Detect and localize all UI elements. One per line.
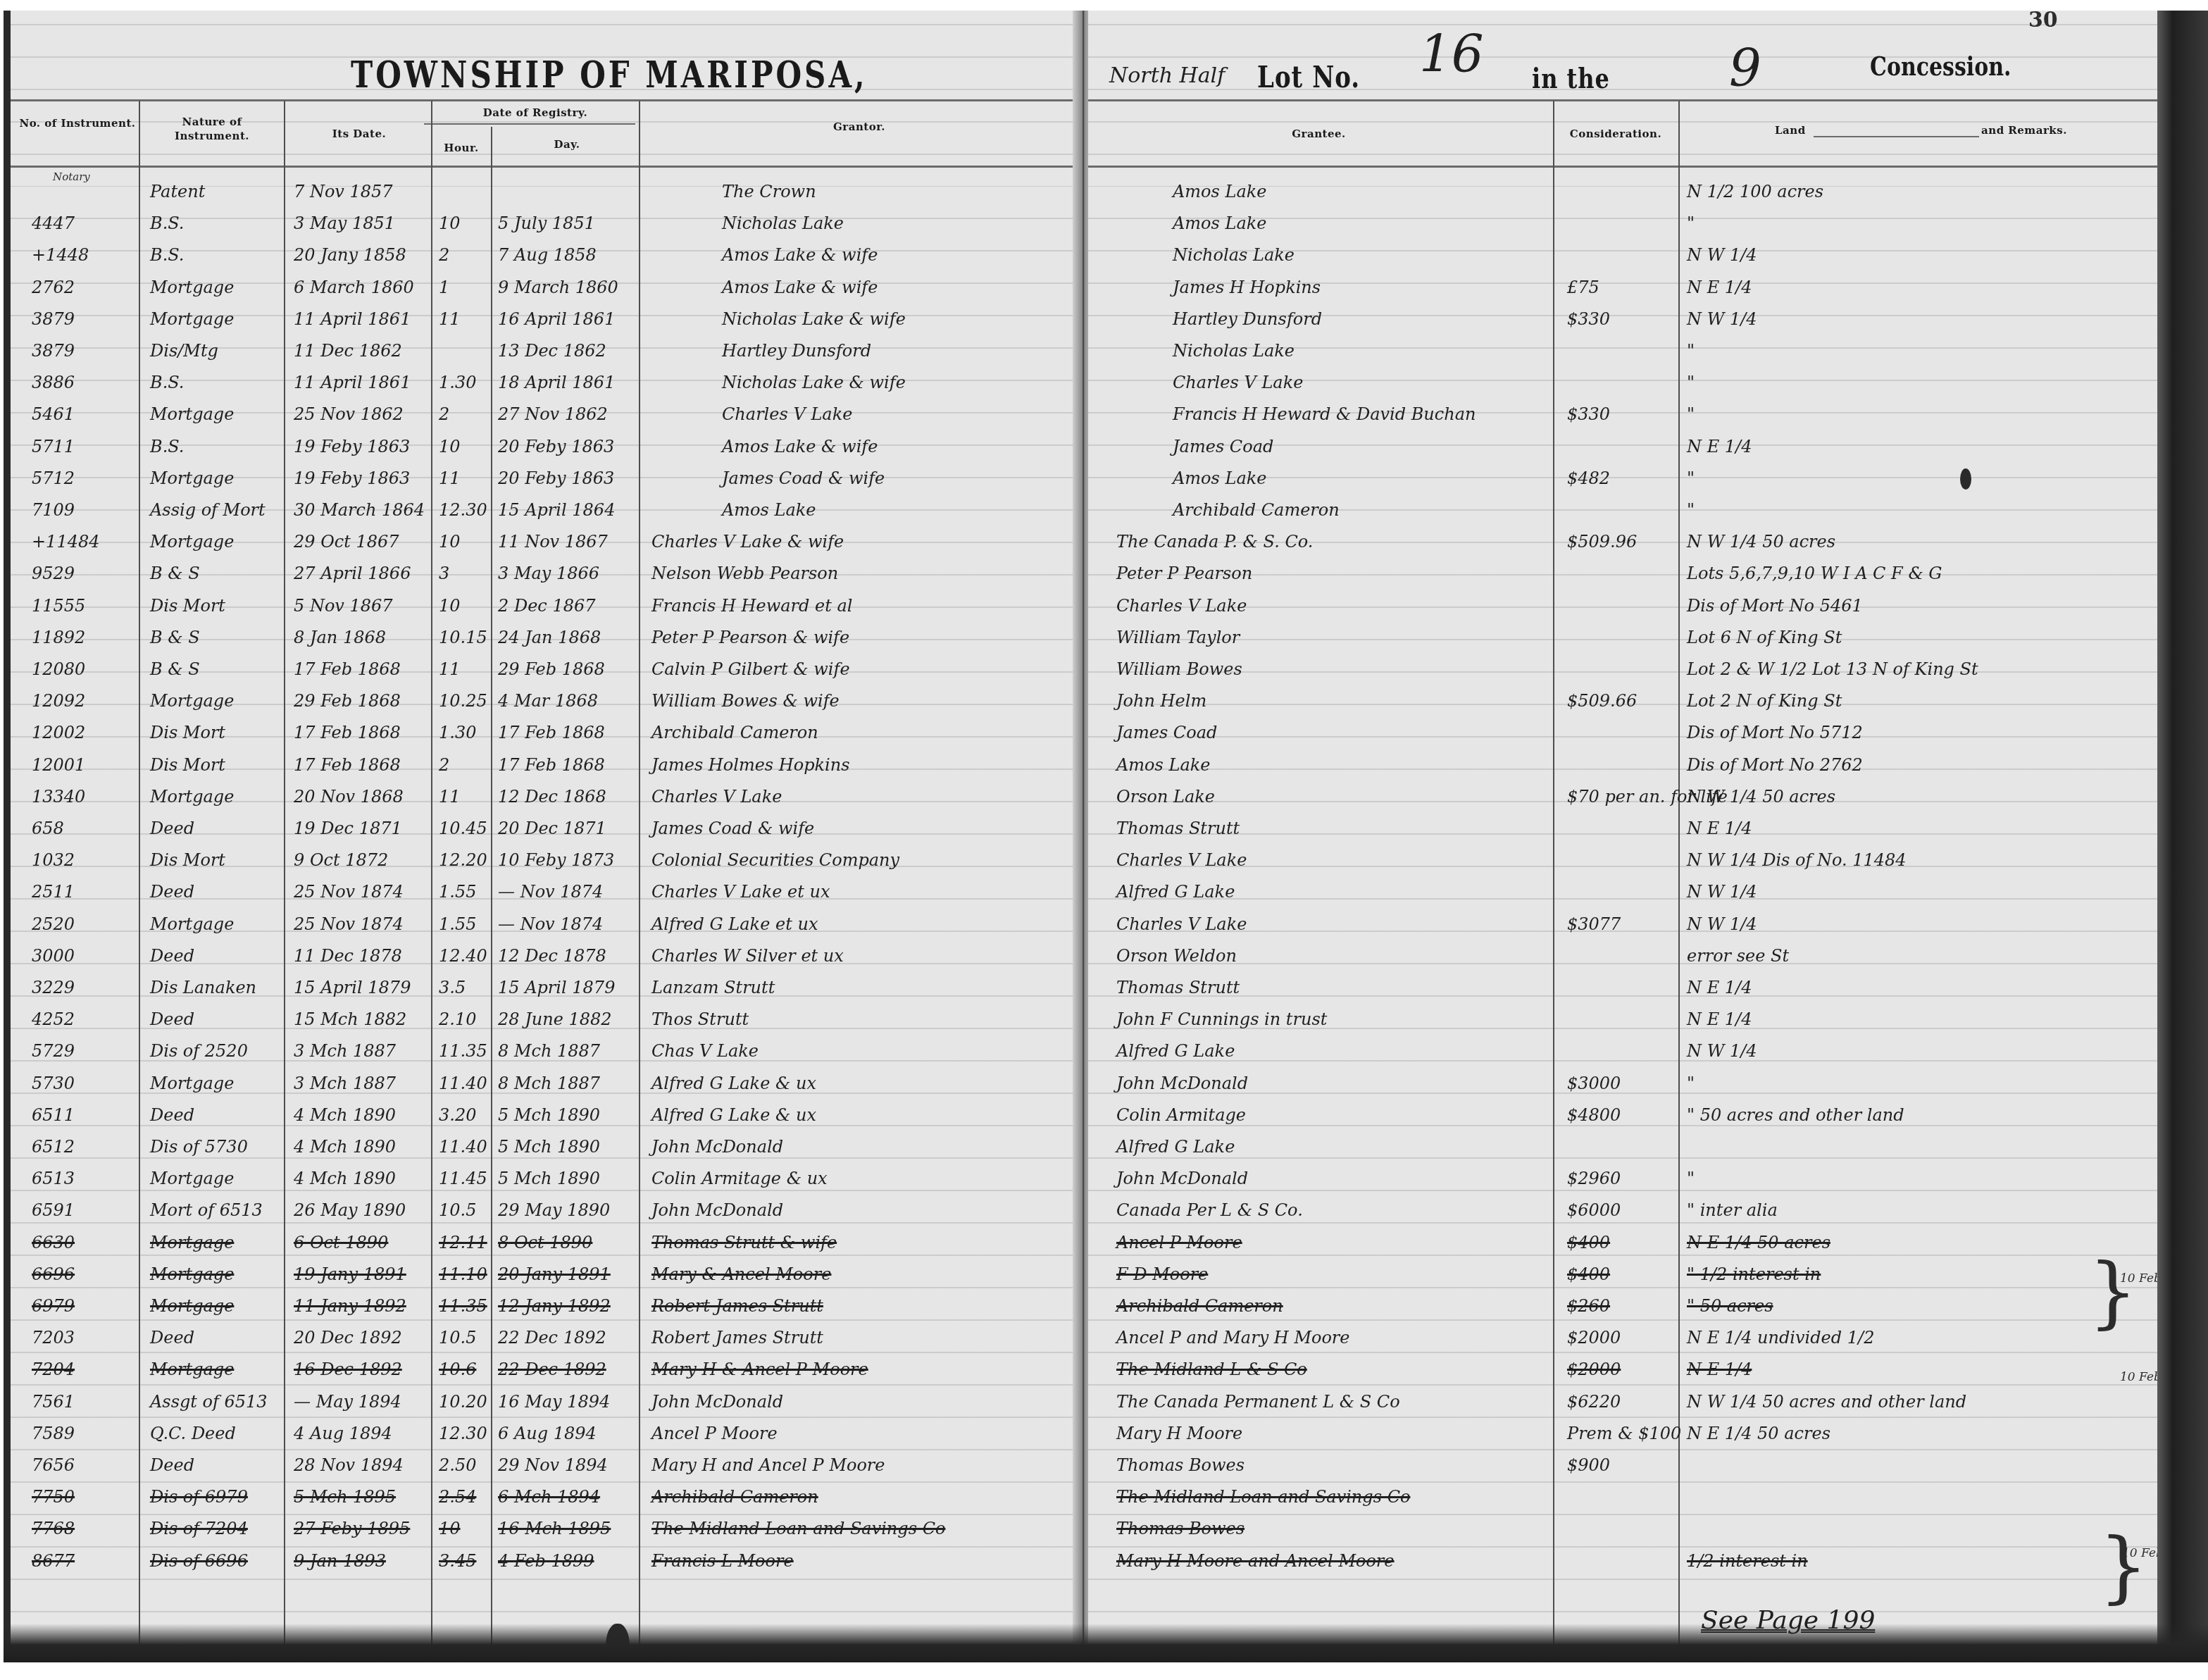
ledger-row-right: John McDonald$3000": [1088, 1068, 2159, 1099]
land-remarks: N E 1/4 50 acres: [1687, 1227, 1830, 1258]
grantee-name: John F Cunnings in trust: [1116, 1004, 1327, 1035]
grantee-name: William Taylor: [1116, 622, 1240, 653]
registry-day: 17 Feb 1868: [498, 717, 605, 748]
instrument-number: 6512: [32, 1131, 75, 1162]
nature-of-instrument: Dis of 5730: [150, 1131, 248, 1162]
instrument-date: 28 Nov 1894: [294, 1450, 404, 1481]
land-remarks: Dis of Mort No 5712: [1687, 717, 1863, 748]
ledger-row-left: +11484Mortgage29 Oct 18671011 Nov 1867Ch…: [11, 526, 1078, 557]
margin-brace: }: [2088, 1247, 2138, 1337]
nature-of-instrument: B.S.: [150, 208, 184, 239]
instrument-number: +1448: [32, 239, 89, 270]
grantor-name: Alfred G Lake & ux: [651, 1100, 816, 1131]
header-nature: Nature of Instrument.: [149, 115, 275, 144]
registry-hour: 11.40: [439, 1068, 487, 1099]
ledger-row-right: James CoadN E 1/4: [1088, 431, 2159, 462]
land-remarks: N E 1/4: [1687, 431, 1752, 462]
nature-of-instrument: Dis of 2520: [150, 1035, 248, 1066]
instrument-number: 12080: [32, 654, 85, 685]
ledger-row-right: Nicholas LakeN W 1/4: [1088, 239, 2159, 270]
instrument-number: 9529: [32, 558, 75, 589]
registry-hour: 10: [439, 526, 461, 557]
ledger-row-right: Nicholas Lake": [1088, 335, 2159, 366]
right-page: North Half Lot No. 16 in the 9 Concessio…: [1088, 11, 2159, 1662]
ledger-row-right: Amos Lake": [1088, 208, 2159, 239]
grantor-name: Charles V Lake: [722, 399, 852, 430]
land-remarks: " 50 acres: [1687, 1290, 1773, 1321]
nature-of-instrument: B.S.: [150, 239, 184, 270]
registry-day: 2 Dec 1867: [498, 590, 596, 621]
registry-day: 29 Feb 1868: [498, 654, 605, 685]
registry-hour: 1.55: [439, 876, 476, 907]
in-the-label: in the: [1532, 61, 1610, 95]
nature-of-instrument: Mortgage: [150, 1163, 234, 1194]
registry-day: 8 Mch 1887: [498, 1035, 600, 1066]
land-remarks: N W 1/4: [1687, 1035, 1757, 1066]
ledger-row-right: F D Moore$400" 1/2 interest in: [1088, 1259, 2159, 1290]
grantee-name: Mary H Moore: [1116, 1418, 1242, 1449]
half-label: North Half: [1109, 63, 1225, 88]
registry-day: 15 April 1864: [498, 494, 615, 525]
registry-day: 4 Feb 1899: [498, 1545, 594, 1576]
land-remarks: error see St: [1687, 940, 1789, 971]
instrument-number: 12092: [32, 685, 85, 716]
instrument-date: 3 Mch 1887: [294, 1035, 396, 1066]
consideration-amount: $330: [1567, 399, 1610, 430]
instrument-date: 3 May 1851: [294, 208, 395, 239]
registry-day: 5 Mch 1890: [498, 1131, 600, 1162]
grantee-name: Nicholas Lake: [1173, 239, 1295, 270]
grantee-name: Peter P Pearson: [1116, 558, 1252, 589]
concession-number: 9: [1729, 39, 1761, 98]
land-remarks-rule: [1814, 136, 1979, 137]
grantee-name: Amos Lake: [1116, 749, 1210, 780]
grantee-name: Alfred G Lake: [1116, 876, 1235, 907]
instrument-number: 11555: [32, 590, 85, 621]
registry-hour: 10: [439, 431, 461, 462]
instrument-date: 29 Feb 1868: [294, 685, 401, 716]
registry-day: 12 Dec 1878: [498, 940, 606, 971]
grantor-name: Alfred G Lake et ux: [651, 909, 818, 940]
instrument-number: 6513: [32, 1163, 75, 1194]
instrument-number: 3000: [32, 940, 75, 971]
registry-divider-rule: [424, 123, 635, 125]
grantor-name: James Coad & wife: [722, 463, 885, 494]
nature-of-instrument: Mortgage: [150, 1227, 234, 1258]
ledger-row-left: 3886B.S.11 April 18611.3018 April 1861Ni…: [11, 367, 1078, 398]
right-book-edge: [2157, 11, 2208, 1662]
consideration-amount: $4800: [1567, 1100, 1621, 1131]
instrument-date: 20 Jany 1858: [294, 239, 406, 270]
instrument-number: 11892: [32, 622, 85, 653]
registry-day: 22 Dec 1892: [498, 1354, 606, 1385]
registry-hour: 12.40: [439, 940, 487, 971]
ledger-row-left: 7109Assig of Mort30 March 186412.3015 Ap…: [11, 494, 1078, 525]
grantee-name: Colin Armitage: [1116, 1100, 1246, 1131]
instrument-number: 5712: [32, 463, 75, 494]
ledger-row-left: Patent7 Nov 1857The Crown: [11, 176, 1078, 207]
instrument-number: +11484: [32, 526, 99, 557]
land-remarks: Lot 2 N of King St: [1687, 685, 1842, 716]
ledger-row-left: 3879Dis/Mtg11 Dec 186213 Dec 1862Hartley…: [11, 335, 1078, 366]
header-grantor: Grantor.: [644, 120, 1074, 134]
page-number: 30: [2028, 11, 2058, 33]
grantor-name: Calvin P Gilbert & wife: [651, 654, 850, 685]
ledger-row-left: 5461Mortgage25 Nov 1862227 Nov 1862Charl…: [11, 399, 1078, 430]
registry-hour: 11.10: [439, 1259, 487, 1290]
land-remarks: ": [1687, 1068, 1695, 1099]
registry-day: 20 Feby 1863: [498, 463, 614, 494]
grantor-name: Amos Lake & wife: [722, 431, 878, 462]
nature-of-instrument: Dis Lanaken: [150, 972, 256, 1003]
registry-day: 5 Mch 1890: [498, 1163, 600, 1194]
nature-of-instrument: B & S: [150, 558, 200, 589]
registry-hour: 11.45: [439, 1163, 487, 1194]
consideration-amount: £75: [1567, 272, 1599, 303]
ledger-row-right: Thomas Bowes: [1088, 1513, 2159, 1544]
grantor-name: Thomas Strutt & wife: [651, 1227, 837, 1258]
land-remarks: N E 1/4: [1687, 813, 1752, 844]
ledger-row-left: 1032Dis Mort9 Oct 187212.2010 Feby 1873C…: [11, 845, 1078, 876]
nature-of-instrument: Mortgage: [150, 463, 234, 494]
grantor-name: Ancel P Moore: [651, 1418, 778, 1449]
land-remarks: ": [1687, 399, 1695, 430]
nature-of-instrument: Dis Mort: [150, 845, 225, 876]
ledger-row-right: James H Hopkins£75N E 1/4: [1088, 272, 2159, 303]
header-land: Land: [1775, 123, 1806, 137]
instrument-date: 6 March 1860: [294, 272, 414, 303]
instrument-date: 5 Nov 1867: [294, 590, 393, 621]
ledger-row-left: 5711B.S.19 Feby 18631020 Feby 1863Amos L…: [11, 431, 1078, 462]
ledger-row-right: Thomas StruttN E 1/4: [1088, 813, 2159, 844]
ledger-row-left: 11555Dis Mort5 Nov 1867102 Dec 1867Franc…: [11, 590, 1078, 621]
ledger-row-left: 5729Dis of 25203 Mch 188711.358 Mch 1887…: [11, 1035, 1078, 1066]
ink-blot: [1960, 468, 1971, 490]
ledger-row-left: 658Deed19 Dec 187110.4520 Dec 1871James …: [11, 813, 1078, 844]
instrument-number: 3879: [32, 335, 75, 366]
registry-hour: 12.11: [439, 1227, 487, 1258]
land-remarks: " inter alia: [1687, 1195, 1778, 1226]
land-remarks: ": [1687, 494, 1695, 525]
header-grantee: Grantee.: [1088, 127, 1549, 141]
grantee-name: Ancel P Moore: [1116, 1227, 1242, 1258]
grantee-name: Alfred G Lake: [1116, 1131, 1235, 1162]
grantor-name: William Bowes & wife: [651, 685, 840, 716]
ledger-row-right: Charles V LakeDis of Mort No 5461: [1088, 590, 2159, 621]
grantor-name: The Crown: [722, 176, 816, 207]
ledger-row-left: 2762Mortgage6 March 186019 March 1860Amo…: [11, 272, 1078, 303]
nature-of-instrument: Mort of 6513: [150, 1195, 263, 1226]
ledger-row-right: Alfred G LakeN W 1/4: [1088, 1035, 2159, 1066]
instrument-date: 11 Dec 1862: [294, 335, 402, 366]
registry-hour: 11: [439, 781, 461, 812]
nature-of-instrument: Mortgage: [150, 685, 234, 716]
registry-hour: 3: [439, 558, 449, 589]
ledger-row-left: 7750Dis of 69795 Mch 18952.546 Mch 1894A…: [11, 1481, 1078, 1512]
instrument-number: 5461: [32, 399, 75, 430]
ledger-row-left: 7589Q.C. Deed4 Aug 189412.306 Aug 1894An…: [11, 1418, 1078, 1449]
ledger-row-left: 5730Mortgage3 Mch 188711.408 Mch 1887Alf…: [11, 1068, 1078, 1099]
registry-day: 17 Feb 1868: [498, 749, 605, 780]
instrument-date: 9 Oct 1872: [294, 845, 388, 876]
page-bottom-shadow: [4, 1624, 2208, 1662]
nature-of-instrument: Deed: [150, 940, 194, 971]
ledger-row-left: 2520Mortgage25 Nov 18741.55— Nov 1874Alf…: [11, 909, 1078, 940]
instrument-date: 4 Mch 1890: [294, 1131, 396, 1162]
instrument-date: 5 Mch 1895: [294, 1481, 396, 1512]
registry-day: 13 Dec 1862: [498, 335, 606, 366]
grantor-name: Amos Lake & wife: [722, 272, 878, 303]
ledger-row-left: 4447B.S.3 May 1851105 July 1851Nicholas …: [11, 208, 1078, 239]
registry-hour: 2: [439, 399, 449, 430]
ledger-row-left: 6696Mortgage19 Jany 189111.1020 Jany 189…: [11, 1259, 1078, 1290]
registry-hour: 12.30: [439, 1418, 487, 1449]
ledger-row-right: John McDonald$2960": [1088, 1163, 2159, 1194]
registry-day: 27 Nov 1862: [498, 399, 608, 430]
grantor-name: Archibald Cameron: [651, 1481, 818, 1512]
registry-day: 6 Aug 1894: [498, 1418, 597, 1449]
grantor-name: Mary & Ancel Moore: [651, 1259, 831, 1290]
registry-day: 16 Mch 1895: [498, 1513, 611, 1544]
ledger-row-left: 13340Mortgage20 Nov 18681112 Dec 1868Cha…: [11, 781, 1078, 812]
ledger-row-right: Amos Lake$482": [1088, 463, 2159, 494]
grantee-name: James Coad: [1116, 717, 1217, 748]
registry-day: 4 Mar 1868: [498, 685, 598, 716]
grantee-name: Thomas Strutt: [1116, 813, 1240, 844]
consideration-amount: $2000: [1567, 1322, 1621, 1353]
grantee-name: Charles V Lake: [1116, 590, 1247, 621]
instrument-date: 26 May 1890: [294, 1195, 406, 1226]
nature-of-instrument: Dis Mort: [150, 749, 225, 780]
instrument-date: 19 Dec 1871: [294, 813, 402, 844]
grantee-name: Amos Lake: [1173, 176, 1266, 207]
nature-of-instrument: Mortgage: [150, 304, 234, 335]
instrument-date: 15 Mch 1882: [294, 1004, 406, 1035]
registry-day: 3 May 1866: [498, 558, 599, 589]
nature-of-instrument: Mortgage: [150, 399, 234, 430]
ledger-row-left: 12092Mortgage29 Feb 186810.254 Mar 1868W…: [11, 685, 1078, 716]
ledger-row-left: 6511Deed4 Mch 18903.205 Mch 1890Alfred G…: [11, 1100, 1078, 1131]
nature-of-instrument: Dis of 7204: [150, 1513, 248, 1544]
instrument-number: 2762: [32, 272, 75, 303]
grantor-name: Colonial Securities Company: [651, 845, 899, 876]
nature-of-instrument: Mortgage: [150, 909, 234, 940]
grantor-name: Thos Strutt: [651, 1004, 749, 1035]
ledger-row-right: The Canada P. & S. Co.$509.96N W 1/4 50 …: [1088, 526, 2159, 557]
instrument-number: 7750: [32, 1481, 75, 1512]
nature-of-instrument: Mortgage: [150, 1068, 234, 1099]
ledger-row-left: 12001Dis Mort17 Feb 1868217 Feb 1868Jame…: [11, 749, 1078, 780]
instrument-number: 7589: [32, 1418, 75, 1449]
land-remarks: N E 1/4: [1687, 972, 1752, 1003]
ledger-row-left: 8677Dis of 66969 Jan 18933.454 Feb 1899F…: [11, 1545, 1078, 1576]
land-remarks: N E 1/4 50 acres: [1687, 1418, 1830, 1449]
ledger-row-left: 6513Mortgage4 Mch 189011.455 Mch 1890Col…: [11, 1163, 1078, 1194]
registry-hour: 12.30: [439, 494, 487, 525]
grantee-name: F D Moore: [1116, 1259, 1208, 1290]
registry-hour: 10.45: [439, 813, 487, 844]
land-remarks: Dis of Mort No 2762: [1687, 749, 1863, 780]
margin-brace: }: [2099, 1522, 2148, 1612]
instrument-number: 6696: [32, 1259, 75, 1290]
consideration-amount: $6220: [1567, 1386, 1621, 1417]
ledger-row-right: Charles V LakeN W 1/4 Dis of No. 11484: [1088, 845, 2159, 876]
grantee-name: Thomas Bowes: [1116, 1513, 1245, 1544]
ledger-row-right: Thomas StruttN E 1/4: [1088, 972, 2159, 1003]
grantor-name: Robert James Strutt: [651, 1322, 823, 1353]
instrument-number: 3229: [32, 972, 75, 1003]
instrument-number: 5729: [32, 1035, 75, 1066]
consideration-amount: $330: [1567, 304, 1610, 335]
ledger-row-left: +1448B.S.20 Jany 185827 Aug 1858Amos Lak…: [11, 239, 1078, 270]
registry-hour: 11.35: [439, 1290, 487, 1321]
instrument-date: 20 Dec 1892: [294, 1322, 402, 1353]
grantor-name: Robert James Strutt: [651, 1290, 823, 1321]
nature-of-instrument: Mortgage: [150, 526, 234, 557]
grantee-name: Nicholas Lake: [1173, 335, 1295, 366]
nature-of-instrument: Assig of Mort: [150, 494, 266, 525]
grantee-name: Thomas Bowes: [1116, 1450, 1245, 1481]
grantor-name: Archibald Cameron: [651, 717, 818, 748]
grantee-name: The Midland L & S Co: [1116, 1354, 1307, 1385]
land-remarks: ": [1687, 335, 1695, 366]
ledger-row-right: Charles V Lake": [1088, 367, 2159, 398]
grantee-name: Francis H Heward & David Buchan: [1173, 399, 1476, 430]
grantee-name: John Helm: [1116, 685, 1206, 716]
land-remarks: ": [1687, 208, 1695, 239]
nature-of-instrument: Mortgage: [150, 1354, 234, 1385]
grantor-name: Colin Armitage & ux: [651, 1163, 828, 1194]
instrument-number: 3886: [32, 367, 75, 398]
land-remarks: N W 1/4: [1687, 909, 1757, 940]
ledger-row-right: Charles V Lake$3077N W 1/4: [1088, 909, 2159, 940]
nature-of-instrument: B & S: [150, 622, 200, 653]
instrument-number: 5730: [32, 1068, 75, 1099]
grantee-name: The Midland Loan and Savings Co: [1116, 1481, 1410, 1512]
grantor-name: Francis H Heward et al: [651, 590, 852, 621]
ledger-row-right: Thomas Bowes$900: [1088, 1450, 2159, 1481]
nature-of-instrument: Dis/Mtg: [150, 335, 218, 366]
land-remarks: N 1/2 100 acres: [1687, 176, 1823, 207]
registry-day: 20 Feby 1863: [498, 431, 614, 462]
ledger-row-right: John Helm$509.66Lot 2 N of King St: [1088, 685, 2159, 716]
grantee-name: Amos Lake: [1173, 463, 1266, 494]
ledger-row-left: 7203Deed20 Dec 189210.522 Dec 1892Robert…: [11, 1322, 1078, 1353]
nature-of-instrument: Mortgage: [150, 781, 234, 812]
ledger-row-right: Archibald Cameron": [1088, 494, 2159, 525]
registry-hour: 2: [439, 239, 449, 270]
registry-day: 29 Nov 1894: [498, 1450, 608, 1481]
header-bottom-rule: [1088, 166, 2159, 168]
ledger-row-right: Canada Per L & S Co.$6000" inter alia: [1088, 1195, 2159, 1226]
registry-day: 20 Jany 1891: [498, 1259, 611, 1290]
instrument-number: 1032: [32, 845, 75, 876]
instrument-number: 658: [32, 813, 64, 844]
registry-day: 5 July 1851: [498, 208, 595, 239]
grantee-name: Thomas Strutt: [1116, 972, 1240, 1003]
instrument-number: 6979: [32, 1290, 75, 1321]
instrument-date: 11 Jany 1892: [294, 1290, 406, 1321]
instrument-date: 30 March 1864: [294, 494, 425, 525]
ledger-row-right: Mary H Moore and Ancel Moore1/2 interest…: [1088, 1545, 2159, 1576]
instrument-number: 7109: [32, 494, 75, 525]
instrument-date: 25 Nov 1874: [294, 909, 404, 940]
grantor-name: Amos Lake: [722, 494, 816, 525]
ledger-row-right: William BowesLot 2 & W 1/2 Lot 13 N of K…: [1088, 654, 2159, 685]
land-remarks: N W 1/4 50 acres: [1687, 781, 1835, 812]
instrument-date: 6 Oct 1890: [294, 1227, 388, 1258]
land-remarks: N E 1/4: [1687, 1004, 1752, 1035]
instrument-date: 11 Dec 1878: [294, 940, 402, 971]
grantee-name: Mary H Moore and Ancel Moore: [1116, 1545, 1395, 1576]
nature-of-instrument: Mortgage: [150, 1290, 234, 1321]
instrument-date: 4 Mch 1890: [294, 1163, 396, 1194]
grantor-name: Nicholas Lake & wife: [722, 304, 906, 335]
registry-hour: 11.40: [439, 1131, 487, 1162]
ledger-scan: TOWNSHIP OF MARIPOSA, No. of Instrument.…: [4, 11, 2208, 1662]
ledger-row-right: Amos LakeDis of Mort No 2762: [1088, 749, 2159, 780]
grantor-name: Nelson Webb Pearson: [651, 558, 838, 589]
grantor-name: Charles V Lake et ux: [651, 876, 830, 907]
consideration-amount: $900: [1567, 1450, 1610, 1481]
grantee-name: The Canada Permanent L & S Co: [1116, 1386, 1400, 1417]
grantor-name: John McDonald: [651, 1386, 783, 1417]
header-hour: Hour.: [433, 141, 489, 155]
registry-day: 16 April 1861: [498, 304, 615, 335]
instrument-number: 6630: [32, 1227, 75, 1258]
grantor-name: Nicholas Lake: [722, 208, 844, 239]
grantor-name: Lanzam Strutt: [651, 972, 775, 1003]
header-date-of-registry: Date of Registry.: [433, 106, 637, 120]
grantor-name: Charles W Silver et ux: [651, 940, 844, 971]
ledger-row-left: 5712Mortgage19 Feby 18631120 Feby 1863Ja…: [11, 463, 1078, 494]
ledger-row-right: Mary H MoorePrem & $100N E 1/4 50 acres: [1088, 1418, 2159, 1449]
registry-day: 6 Mch 1894: [498, 1481, 600, 1512]
ledger-row-left: 12080B & S17 Feb 18681129 Feb 1868Calvin…: [11, 654, 1078, 685]
registry-hour: 3.20: [439, 1100, 476, 1131]
land-remarks: N E 1/4: [1687, 1354, 1752, 1385]
registry-hour: 2.10: [439, 1004, 476, 1035]
instrument-number: 7768: [32, 1513, 75, 1544]
ledger-row-left: 2511Deed25 Nov 18741.55— Nov 1874Charles…: [11, 876, 1078, 907]
land-remarks: N W 1/4 Dis of No. 11484: [1687, 845, 1907, 876]
ledger-row-right: Orson Lake$70 per an. for lifeN W 1/4 50…: [1088, 781, 2159, 812]
land-remarks: ": [1687, 463, 1695, 494]
land-remarks: N W 1/4: [1687, 876, 1757, 907]
grantee-name: Amos Lake: [1173, 208, 1266, 239]
grantor-name: Peter P Pearson & wife: [651, 622, 849, 653]
grantor-name: Mary H & Ancel P Moore: [651, 1354, 868, 1385]
nature-of-instrument: Patent: [150, 176, 205, 207]
nature-of-instrument: Deed: [150, 1100, 194, 1131]
registry-day: 9 March 1860: [498, 272, 618, 303]
registry-hour: 10.5: [439, 1195, 476, 1226]
ledger-row-left: 7204Mortgage16 Dec 189210.622 Dec 1892Ma…: [11, 1354, 1078, 1385]
ledger-row-left: 3879Mortgage11 April 18611116 April 1861…: [11, 304, 1078, 335]
land-remarks: N E 1/4 undivided 1/2: [1687, 1322, 1874, 1353]
land-remarks: Lot 2 & W 1/2 Lot 13 N of King St: [1687, 654, 1978, 685]
ledger-row-right: Orson Weldonerror see St: [1088, 940, 2159, 971]
nature-of-instrument: Assgt of 6513: [150, 1386, 268, 1417]
grantee-name: Orson Weldon: [1116, 940, 1237, 971]
instrument-number: 2520: [32, 909, 75, 940]
ledger-row-left: 6630Mortgage6 Oct 189012.118 Oct 1890Tho…: [11, 1227, 1078, 1258]
ledger-row-right: Archibald Cameron$260" 50 acres: [1088, 1290, 2159, 1321]
registry-day: 28 June 1882: [498, 1004, 612, 1035]
registry-hour: 11: [439, 463, 461, 494]
registry-hour: 1.30: [439, 717, 476, 748]
registry-day: 10 Feby 1873: [498, 845, 614, 876]
